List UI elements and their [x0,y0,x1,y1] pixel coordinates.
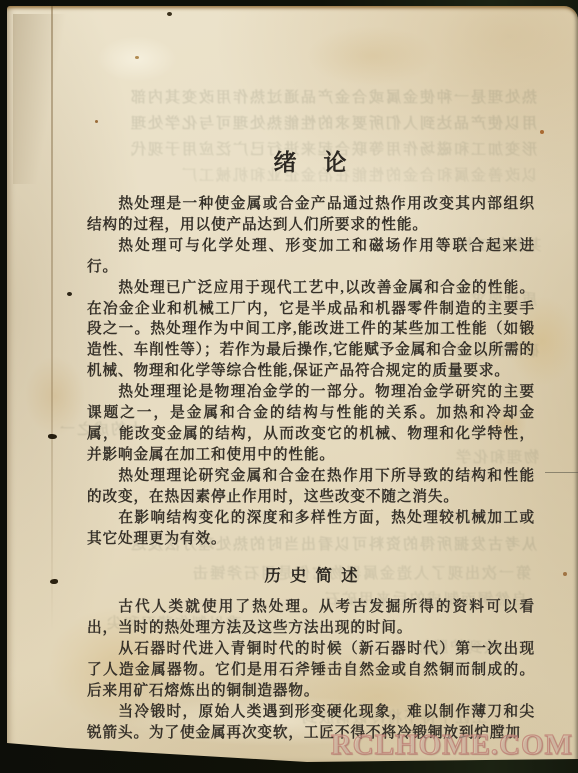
body-paragraph: 从石器时代进入青铜时代的时候（新石器时代）第一次出现了人造金属器物。它们是用石斧… [87,639,535,702]
body-paragraph: 当冷锻时，原始人类遇到形变硬化现象，难以制作薄刀和尖锐箭头。为了使金属再次变软，… [87,702,535,744]
page-title: 绪 论 [87,144,535,177]
section-heading-history: 历史简述 [87,562,535,586]
body-paragraph: 热处理可与化学处理、形变加工和磁场作用等联合起来进行。 [87,236,535,278]
scanned-book-page: 热处理是一种使金属或合金产品通过热作用改变其内部 用以使产品达到人们所要求的性能… [0,0,578,773]
paper-stain [307,26,437,86]
ink-speck [67,292,72,296]
bleedthrough-text: 用以使产品达到人们所要求的性能热处理可与化学处理 [69,112,537,133]
bleedthrough-text: 热处理是一种使金属或合金产品通过热作用改变其内部 [69,86,537,107]
rust-speck [135,56,139,59]
paper-sheet: 热处理是一种使金属或合金产品通过热作用改变其内部 用以使产品达到人们所要求的性能… [7,6,578,763]
corner-crease [13,14,73,184]
rust-speck [95,120,98,123]
rust-speck [563,572,567,576]
paper-highlight [97,36,177,82]
body-paragraph: 在影响结构变化的深度和多样性方面，热处理较机械加工或其它处理更为有效。 [87,508,535,550]
worm-hole [50,579,58,584]
body-paragraph: 热处理理论是物理冶金学的一部分。物理冶金学研究的主要课题之一，是金属和合金的结构… [87,382,535,466]
rust-speck [540,130,544,134]
body-paragraph: 热处理是一种使金属或合金产品通过热作用改变其内部组织结构的过程，用以使产品达到人… [87,194,535,236]
body-paragraph: 热处理已广泛应用于现代工艺中,以改善金属和合金的性能。在冶金企业和机械工厂内，它… [87,278,535,383]
body-paragraph: 古代人类就使用了热处理。从考古发掘所得的资料可以看出，当时的热处理方法及这些方法… [87,597,535,639]
paper-stain [25,356,85,436]
worm-hole [48,434,57,439]
scratch-mark [545,472,578,473]
printed-content: 绪 论 热处理是一种使金属或合金产品通过热作用改变其内部组织结构的过程，用以使产… [87,144,535,744]
ink-speck [167,12,172,16]
body-paragraph: 热处理理论研究金属和合金在热作用下所导致的结构和性能的改变，在热因素停止作用时，… [87,466,535,508]
